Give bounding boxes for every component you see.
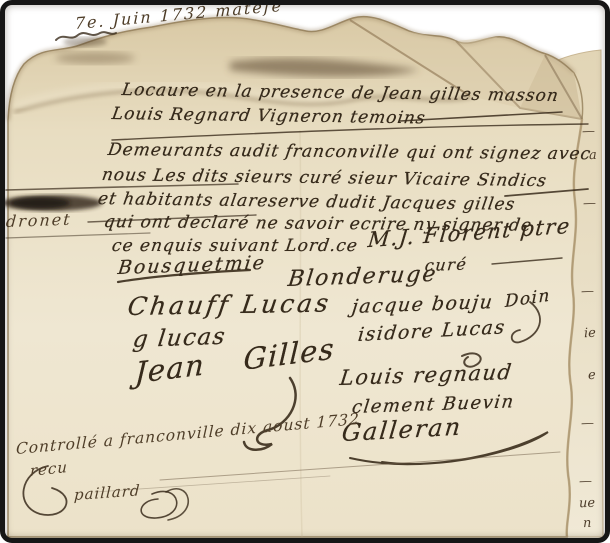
underpage-fragment: a: [589, 148, 597, 163]
underpage-fragment: —: [581, 284, 595, 299]
body-line-2: Louis Regnard Vigneron temoins: [110, 104, 427, 128]
underpage-fragment: —: [579, 474, 593, 489]
underpage-fragment: ue: [579, 496, 596, 512]
signature-chauff-lucas: Chauff Lucas: [126, 288, 333, 321]
signature-doin: Doin: [505, 285, 551, 312]
signature-bouju: jacque bouju: [351, 291, 495, 318]
signature-blonderuge: Blonderuge: [286, 262, 439, 292]
signature-isidore-lucas: isidore Lucas: [357, 316, 507, 346]
underpage-fragment: —: [581, 416, 595, 431]
underpage-fragment: —: [582, 124, 596, 139]
body-line-3: Demeurants audit franconville qui ont si…: [107, 140, 593, 164]
handwriting-layer: 7e. Juin 1732 matefe Locaure en la prese…: [0, 0, 610, 543]
footer-control-line: Controllé a franconville dix aoust 1732: [16, 410, 360, 458]
body-line-5: et habitants alareserve dudit Jacques gi…: [96, 189, 516, 215]
underpage-fragment: e: [588, 368, 596, 383]
manuscript-photo: 7e. Juin 1732 matefe Locaure en la prese…: [0, 0, 610, 543]
footer-paillard: paillard: [74, 481, 141, 504]
underpage-fragment: —: [583, 196, 597, 211]
body-line-1: Locaure en la presence de Jean gilles ma…: [120, 80, 560, 106]
underpage-fragment: ie: [584, 326, 596, 341]
signature-bousquet: Bousquetmie: [117, 252, 268, 279]
footer-recu: recu: [30, 458, 68, 480]
underpage-fragment: n: [583, 516, 592, 531]
body-line-4: nous Les dits sieurs curé sieur Vicaire …: [100, 165, 548, 191]
signature-louis-regnaud: Louis regnaud: [339, 360, 515, 390]
annotation-date: 7e. Juin 1732 matefe: [75, 0, 283, 33]
margin-note: dronet: [5, 210, 72, 231]
